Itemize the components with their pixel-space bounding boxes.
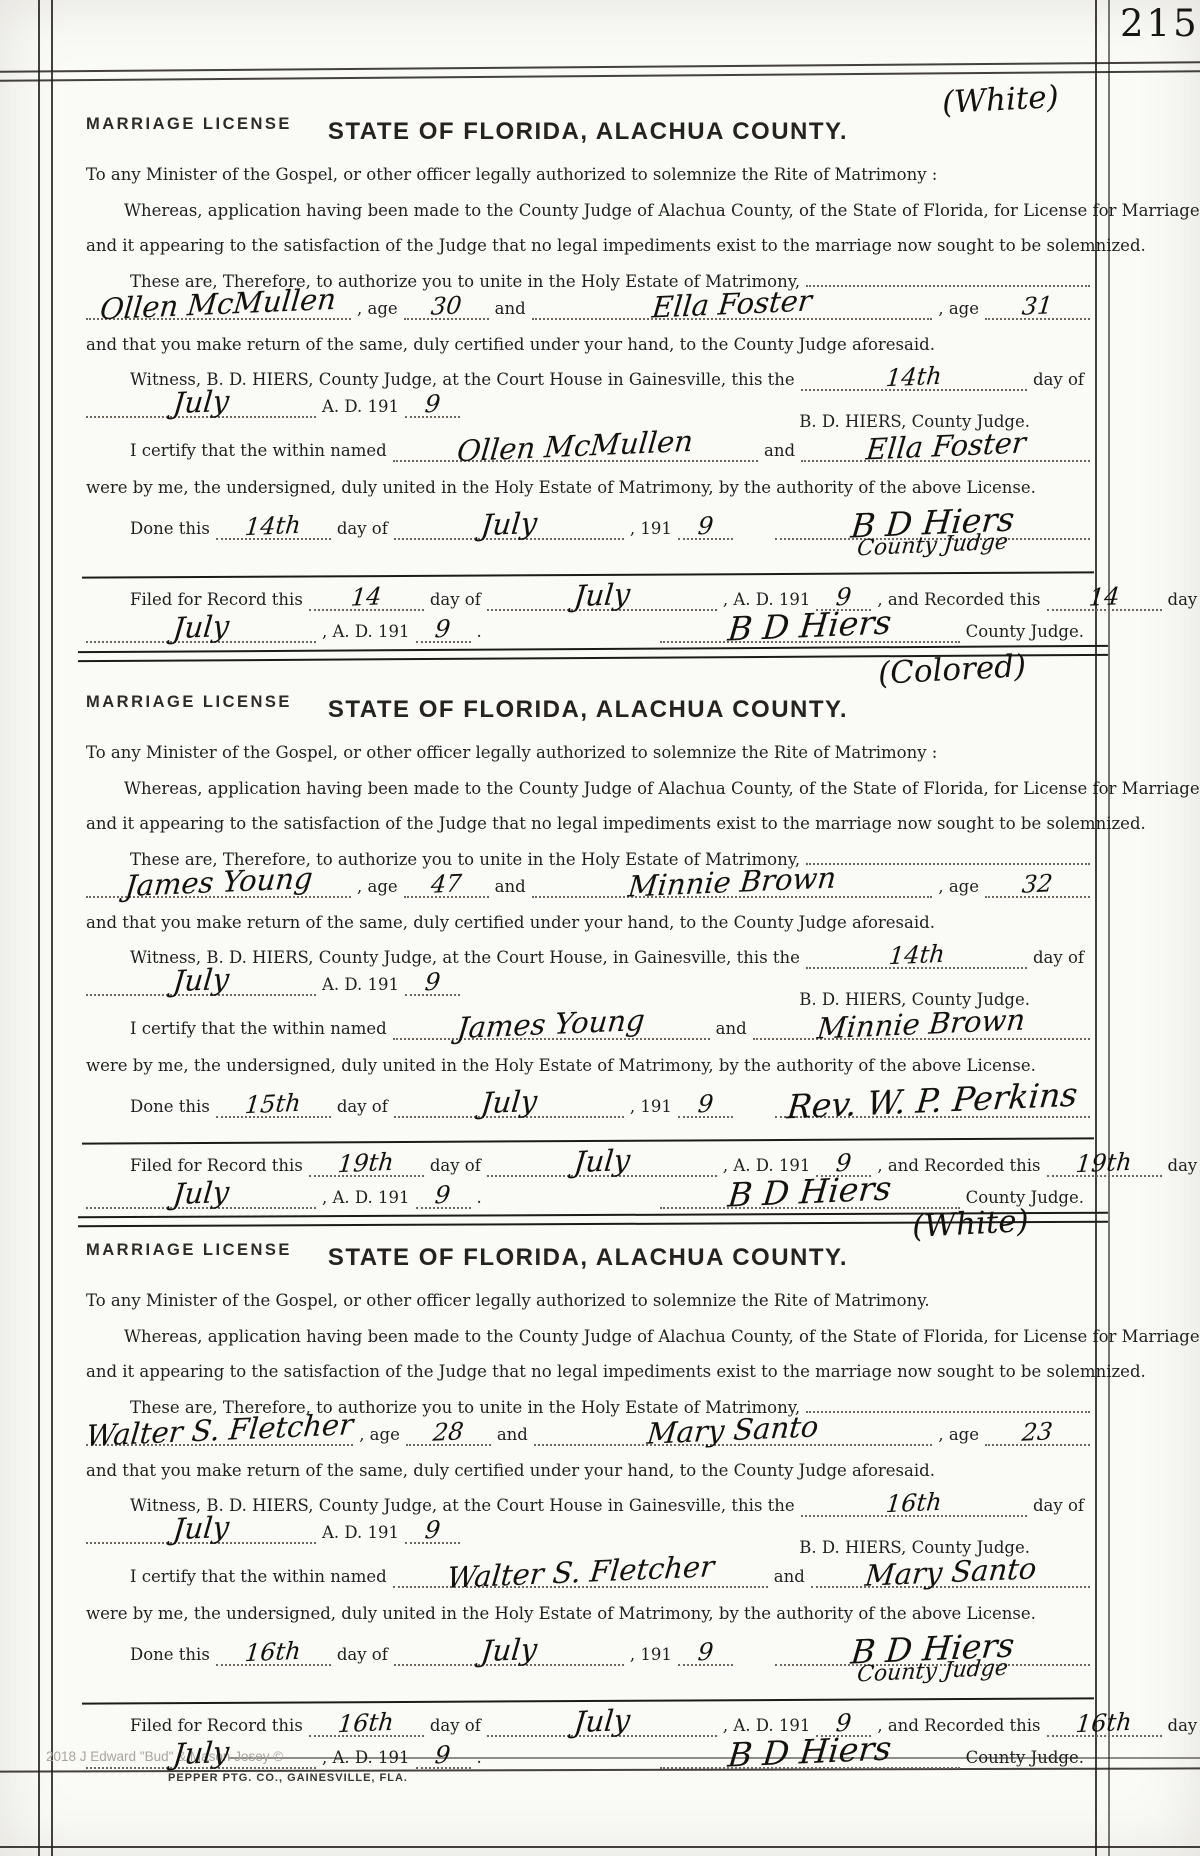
filed-label: Filed for Record this — [86, 590, 309, 609]
day-of-label: day of — [1162, 1156, 1200, 1175]
done-label: Done this — [86, 519, 216, 538]
filed-label: Filed for Record this — [86, 1716, 309, 1735]
year-digit-blank: 9 — [405, 975, 460, 996]
bride-age-handwritten: 32 — [1022, 877, 1054, 892]
whereas-line-2: and it appearing to the satisfaction of … — [86, 236, 1090, 255]
done-year-digit-handwritten: 9 — [697, 1645, 714, 1659]
certify-bride-blank: Minnie Brown — [753, 1017, 1090, 1040]
done-month-blank: July — [394, 1095, 624, 1118]
filed-year-digit2-handwritten: 9 — [435, 1188, 452, 1202]
and-label: and — [768, 1567, 811, 1586]
bride-age-handwritten: 23 — [1022, 1425, 1054, 1440]
filed-month2-handwritten: July — [172, 618, 229, 636]
age-label: , age — [932, 877, 985, 896]
county-judge-label: County Judge. — [960, 1748, 1090, 1767]
ad-label: A. D. 191 — [316, 397, 405, 416]
done-year-digit-blank: 9 — [678, 519, 733, 540]
day-of-label: day of — [1162, 1716, 1200, 1735]
certify-row: I certify that the within named Ollen Mc… — [86, 439, 1090, 462]
minister-line: To any Minister of the Gospel, or other … — [86, 1291, 1090, 1310]
certify-groom-blank: James Young — [393, 1017, 710, 1040]
groom-age-blank: 30 — [404, 299, 489, 320]
dotted-leader — [806, 281, 1090, 287]
whereas-line-2: and it appearing to the satisfaction of … — [86, 814, 1090, 833]
year-digit-handwritten: 9 — [424, 976, 441, 990]
united-line: were by me, the undersigned, duly united… — [86, 1604, 1090, 1623]
done-row: Done this 16th day of July , 191 9 B D H… — [86, 1640, 1090, 1678]
groom-name-handwritten: Ollen McMullen — [100, 291, 337, 317]
clerk-signature-blank: B D Hiers — [660, 1743, 960, 1769]
footer-rule-3 — [0, 1846, 1200, 1848]
filed-year-digit-handwritten: 9 — [836, 1716, 853, 1730]
day-of-label: day of — [1027, 1496, 1090, 1515]
bride-age-blank: 23 — [985, 1425, 1090, 1446]
officiant-title-handwritten: County Judge — [857, 1662, 1009, 1681]
done-row: Done this 15th day of July , 191 9 Rev. … — [86, 1092, 1090, 1118]
month-blank: July — [86, 1521, 316, 1544]
done-month-handwritten: July — [480, 515, 537, 533]
section-header: MARRIAGE LICENSE STATE OF FLORIDA, ALACH… — [86, 684, 1090, 728]
filed-month-handwritten: July — [573, 1152, 630, 1170]
ad-label: A. D. 191 — [316, 1523, 405, 1542]
done-month-blank: July — [394, 1643, 624, 1666]
marriage-license-label: MARRIAGE LICENSE — [86, 1241, 292, 1260]
age-label: , age — [932, 1425, 985, 1444]
return-line: and that you make return of the same, du… — [86, 913, 1090, 932]
bride-age-handwritten: 31 — [1022, 299, 1054, 314]
recorded-day-blank: 16th — [1047, 1716, 1162, 1737]
dotted-leader — [806, 859, 1090, 865]
filed-year-digit-handwritten: 9 — [836, 1156, 853, 1170]
done-month-handwritten: July — [480, 1093, 537, 1111]
filed-month-blank: July — [487, 1154, 717, 1177]
filed-day-blank: 16th — [309, 1716, 424, 1737]
marriage-license-record: MARRIAGE LICENSE STATE OF FLORIDA, ALACH… — [86, 684, 1090, 1209]
groom-age-handwritten: 47 — [430, 877, 462, 892]
groom-name-handwritten: Walter S. Fletcher — [85, 1417, 353, 1445]
day-of-label: day of — [424, 590, 487, 609]
year-digit-blank: 9 — [405, 1523, 460, 1544]
month-blank: July — [86, 973, 316, 996]
united-line: were by me, the undersigned, duly united… — [86, 478, 1090, 497]
filed-year-digit-handwritten: 9 — [836, 590, 853, 604]
filed-day-blank: 14 — [309, 590, 424, 611]
done-year-digit-handwritten: 9 — [697, 519, 714, 533]
filed-month2-blank: July — [86, 1746, 316, 1769]
certify-groom-handwritten: Walter S. Fletcher — [446, 1559, 714, 1587]
whereas-line-1: Whereas, application having been made to… — [86, 201, 1090, 220]
whereas-line-1: Whereas, application having been made to… — [86, 1327, 1090, 1346]
dotted-leader — [806, 1407, 1090, 1413]
certify-text: I certify that the within named — [86, 1567, 393, 1586]
bride-name-handwritten: Ella Foster — [651, 293, 812, 316]
done-month-blank: July — [394, 517, 624, 540]
filed-row-2: July , A. D. 191 9 . B D Hiers County Ju… — [86, 617, 1090, 643]
witness-row: Witness, B. D. HIERS, County Judge, at t… — [86, 1496, 1090, 1517]
filed-year-digit2-blank: 9 — [416, 622, 471, 643]
day-of-label: day of — [1027, 948, 1090, 967]
filed-year-digit2-blank: 9 — [416, 1748, 471, 1769]
certify-bride-handwritten: Mary Santo — [864, 1561, 1037, 1584]
filed-year-digit2-handwritten: 9 — [435, 1748, 452, 1762]
day-of-label: day of — [424, 1156, 487, 1175]
filed-month-blank: July — [487, 1714, 717, 1737]
united-line: were by me, the undersigned, duly united… — [86, 1056, 1090, 1075]
done-day-handwritten: 14th — [245, 518, 302, 534]
groom-age-blank: 47 — [404, 877, 489, 898]
day-of-label: day of — [331, 1097, 394, 1116]
done-year-digit-blank: 9 — [678, 1097, 733, 1118]
done-year-digit-blank: 9 — [678, 1645, 733, 1666]
printer-imprint: PEPPER PTG. CO., GAINESVILLE, FLA. — [168, 1772, 408, 1784]
officiant-signature-block: Rev. W. P. Perkins — [775, 1092, 1090, 1118]
certify-groom-handwritten: James Young — [457, 1013, 646, 1037]
bride-name-blank: Minnie Brown — [532, 875, 933, 898]
year-prefix: , 191 — [624, 519, 678, 538]
filed-divider-line — [82, 571, 1094, 578]
month-handwritten: July — [172, 394, 229, 412]
period: . — [471, 1188, 488, 1207]
ledger-page: 215 2018 J Edward "Bud" & Mason Josey © … — [0, 0, 1200, 1856]
groom-name-blank: Ollen McMullen — [86, 297, 351, 320]
county-judge-label: County Judge. — [960, 1188, 1090, 1207]
minister-line: To any Minister of the Gospel, or other … — [86, 743, 1090, 762]
year-prefix: , 191 — [624, 1645, 678, 1664]
done-row: Done this 14th day of July , 191 9 B D H… — [86, 514, 1090, 552]
and-label: and — [489, 877, 532, 896]
left-margin-line — [38, 0, 40, 1856]
filed-divider-line — [82, 1137, 1094, 1144]
done-day-blank: 15th — [216, 1097, 331, 1118]
filed-month2-handwritten: July — [172, 1184, 229, 1202]
groom-name-blank: Walter S. Fletcher — [86, 1423, 353, 1446]
names-row: Walter S. Fletcher , age 28 and Mary San… — [86, 1423, 1090, 1446]
clerk-signature-blank: B D Hiers — [660, 1183, 960, 1209]
officiant-signature-block: B D Hiers County Judge — [775, 514, 1090, 552]
certify-text: I certify that the within named — [86, 1019, 393, 1038]
filed-row-2: July , A. D. 191 9 . B D Hiers County Ju… — [86, 1743, 1090, 1769]
certify-text: I certify that the within named — [86, 441, 393, 460]
filed-year-digit2-blank: 9 — [416, 1188, 471, 1209]
certify-bride-blank: Ella Foster — [801, 439, 1090, 462]
day-of-label: day of — [1027, 370, 1090, 389]
groom-age-handwritten: 28 — [432, 1425, 464, 1440]
marriage-license-label: MARRIAGE LICENSE — [86, 115, 292, 134]
done-day-handwritten: 16th — [245, 1644, 302, 1660]
return-line: and that you make return of the same, du… — [86, 1461, 1090, 1480]
day-of-label: day of — [1162, 590, 1200, 609]
bride-name-blank: Ella Foster — [532, 297, 933, 320]
year-prefix: , 191 — [624, 1097, 678, 1116]
filed-month2-blank: July — [86, 1186, 316, 1209]
officiant-signature-handwritten: Rev. W. P. Perkins — [787, 1085, 1079, 1116]
ad-label: A. D. 191 — [316, 975, 405, 994]
clerk-signature-blank: B D Hiers — [660, 617, 960, 643]
age-label: , age — [932, 299, 985, 318]
witness-day-handwritten: 16th — [885, 1496, 942, 1512]
whereas-line-1: Whereas, application having been made to… — [86, 779, 1090, 798]
whereas-line-2: and it appearing to the satisfaction of … — [86, 1362, 1090, 1381]
names-row: Ollen McMullen , age 30 and Ella Foster … — [86, 297, 1090, 320]
marriage-license-record: MARRIAGE LICENSE STATE OF FLORIDA, ALACH… — [86, 106, 1090, 643]
done-day-blank: 14th — [216, 519, 331, 540]
day-of-label: day of — [424, 1716, 487, 1735]
year-digit-handwritten: 9 — [424, 1524, 441, 1538]
filed-row: Filed for Record this 16th day of July ,… — [86, 1714, 1090, 1737]
done-day-handwritten: 15th — [245, 1096, 302, 1112]
bride-name-handwritten: Mary Santo — [647, 1419, 820, 1442]
right-margin-line-2 — [1108, 0, 1110, 1856]
section-header: MARRIAGE LICENSE STATE OF FLORIDA, ALACH… — [86, 106, 1090, 150]
return-line: and that you make return of the same, du… — [86, 335, 1090, 354]
filed-day-blank: 19th — [309, 1156, 424, 1177]
officiant-signature-block: B D Hiers County Judge — [775, 1640, 1090, 1678]
certify-bride-handwritten: Ella Foster — [865, 435, 1026, 458]
filed-month2-blank: July — [86, 620, 316, 643]
ad-label: , A. D. 191 — [316, 1188, 416, 1207]
witness-day-handwritten: 14th — [888, 948, 945, 964]
filed-row-2: July , A. D. 191 9 . B D Hiers County Ju… — [86, 1183, 1090, 1209]
witness-row: Witness, B. D. HIERS, County Judge, at t… — [86, 948, 1090, 969]
filed-label: Filed for Record this — [86, 1156, 309, 1175]
witness-day-handwritten: 14th — [885, 370, 942, 386]
filed-day-handwritten: 16th — [338, 1715, 395, 1731]
officiant-title-handwritten: County Judge — [857, 536, 1009, 555]
done-day-blank: 16th — [216, 1645, 331, 1666]
right-margin-line — [1095, 0, 1097, 1856]
month-blank: July — [86, 395, 316, 418]
clerk-signature-handwritten: B D Hiers — [727, 613, 892, 638]
recorded-label: , and Recorded this — [871, 590, 1046, 609]
filed-day-handwritten: 14 — [350, 590, 382, 605]
age-label: , age — [353, 1425, 406, 1444]
certify-groom-handwritten: Ollen McMullen — [457, 434, 694, 460]
clerk-signature-handwritten: B D Hiers — [727, 1179, 892, 1204]
bride-name-handwritten: Minnie Brown — [627, 870, 836, 895]
done-label: Done this — [86, 1097, 216, 1116]
and-label: and — [491, 1425, 534, 1444]
county-judge-label: County Judge. — [960, 622, 1090, 641]
year-digit-handwritten: 9 — [424, 398, 441, 412]
filed-row: Filed for Record this 14 day of July , A… — [86, 588, 1090, 611]
done-year-digit-handwritten: 9 — [697, 1097, 714, 1111]
groom-name-handwritten: James Young — [124, 870, 313, 894]
groom-age-blank: 28 — [406, 1425, 491, 1446]
bride-name-blank: Mary Santo — [534, 1423, 932, 1446]
groom-age-handwritten: 30 — [430, 299, 462, 314]
filed-month-handwritten: July — [573, 1712, 630, 1730]
day-of-label: day of — [331, 519, 394, 538]
and-label: and — [489, 299, 532, 318]
and-label: and — [710, 1019, 753, 1038]
certify-bride-handwritten: Minnie Brown — [817, 1012, 1026, 1037]
marriage-license-label: MARRIAGE LICENSE — [86, 693, 292, 712]
filed-day-handwritten: 19th — [338, 1155, 395, 1171]
witness-day-blank: 16th — [801, 1496, 1027, 1517]
recorded-day-handwritten: 16th — [1076, 1715, 1133, 1731]
recorded-day-handwritten: 19th — [1076, 1155, 1133, 1171]
filed-year-digit2-handwritten: 9 — [435, 622, 452, 636]
witness-day-blank: 14th — [806, 948, 1027, 969]
period: . — [471, 1748, 488, 1767]
witness-day-blank: 14th — [801, 370, 1027, 391]
groom-name-blank: James Young — [86, 875, 351, 898]
recorded-day-handwritten: 14 — [1088, 590, 1120, 605]
bride-age-blank: 31 — [985, 299, 1090, 320]
done-month-handwritten: July — [480, 1641, 537, 1659]
filed-month-blank: July — [487, 588, 717, 611]
recorded-day-blank: 19th — [1047, 1156, 1162, 1177]
certify-row: I certify that the within named Walter S… — [86, 1565, 1090, 1588]
age-label: , age — [351, 299, 404, 318]
filed-month-handwritten: July — [573, 586, 630, 604]
year-digit-blank: 9 — [405, 397, 460, 418]
day-of-label: day of — [331, 1645, 394, 1664]
recorded-label: , and Recorded this — [871, 1716, 1046, 1735]
left-margin-line-2 — [51, 0, 53, 1856]
month-handwritten: July — [172, 972, 229, 990]
done-label: Done this — [86, 1645, 216, 1664]
certify-row: I certify that the within named James Yo… — [86, 1017, 1090, 1040]
names-row: James Young , age 47 and Minnie Brown , … — [86, 875, 1090, 898]
certify-groom-blank: Walter S. Fletcher — [393, 1565, 768, 1588]
month-handwritten: July — [172, 1520, 229, 1538]
recorded-label: , and Recorded this — [871, 1156, 1046, 1175]
marriage-license-record: MARRIAGE LICENSE STATE OF FLORIDA, ALACH… — [86, 1232, 1090, 1769]
minister-line: To any Minister of the Gospel, or other … — [86, 165, 1090, 184]
filed-divider-line — [82, 1697, 1094, 1704]
age-label: , age — [351, 877, 404, 896]
certify-groom-blank: Ollen McMullen — [393, 439, 758, 462]
witness-row: Witness, B. D. HIERS, County Judge, at t… — [86, 370, 1090, 391]
ad-label: , A. D. 191 — [316, 622, 416, 641]
bride-age-blank: 32 — [985, 877, 1090, 898]
filed-row: Filed for Record this 19th day of July ,… — [86, 1154, 1090, 1177]
and-label: and — [758, 441, 801, 460]
section-header: MARRIAGE LICENSE STATE OF FLORIDA, ALACH… — [86, 1232, 1090, 1276]
filed-month2-handwritten: July — [172, 1744, 229, 1762]
page-number: 215 — [1120, 2, 1200, 45]
certify-bride-blank: Mary Santo — [811, 1565, 1090, 1588]
clerk-signature-handwritten: B D Hiers — [727, 1739, 892, 1764]
recorded-day-blank: 14 — [1047, 590, 1162, 611]
period: . — [471, 622, 488, 641]
ad-label: , A. D. 191 — [316, 1748, 416, 1767]
